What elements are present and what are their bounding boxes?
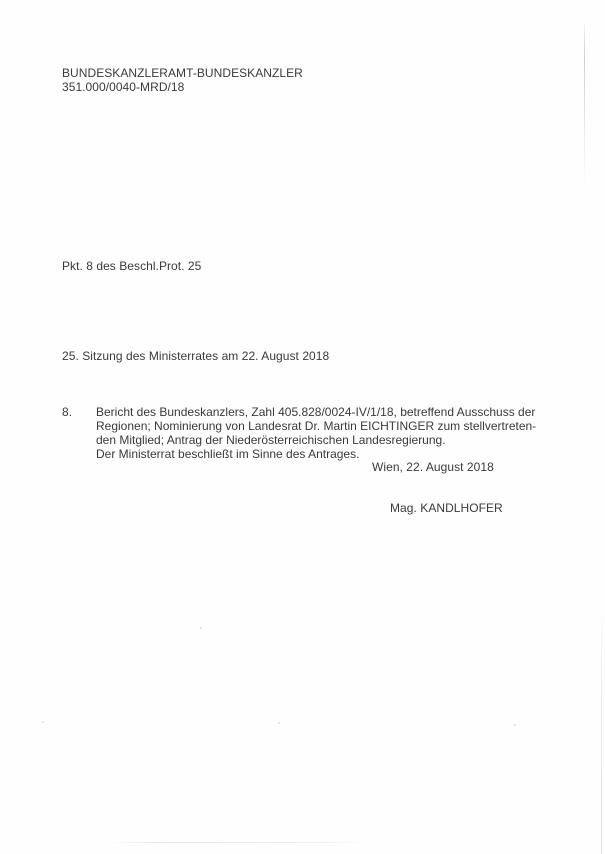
scan-speck <box>200 627 202 629</box>
scan-artifact-line <box>584 24 585 189</box>
place-date: Wien, 22. August 2018 <box>372 460 494 474</box>
protocol-point: Pkt. 8 des Beschl.Prot. 25 <box>62 259 201 273</box>
item-number: 8. <box>62 405 72 419</box>
scan-speck <box>42 721 44 723</box>
session-title: 25. Sitzung des Ministerrates am 22. Aug… <box>62 349 329 363</box>
scan-artifact-line <box>110 842 370 843</box>
item-line: den Mitglied; Antrag der Niederösterreic… <box>96 433 536 447</box>
item-body: Bericht des Bundeskanzlers, Zahl 405.828… <box>96 405 536 461</box>
scan-speck <box>514 724 516 726</box>
item-line: Der Ministerrat beschließt im Sinne des … <box>96 447 536 461</box>
header-organization: BUNDESKANZLERAMT-BUNDESKANZLER <box>62 66 303 80</box>
scan-speck <box>278 722 280 724</box>
header-reference-number: 351.000/0040-MRD/18 <box>62 80 184 94</box>
item-line: Bericht des Bundeskanzlers, Zahl 405.828… <box>96 405 536 419</box>
document-page: BUNDESKANZLERAMT-BUNDESKANZLER 351.000/0… <box>0 0 605 854</box>
scan-artifact-line <box>601 600 602 854</box>
signature: Mag. KANDLHOFER <box>390 501 503 515</box>
item-line: Regionen; Nominierung von Landesrat Dr. … <box>96 419 536 433</box>
